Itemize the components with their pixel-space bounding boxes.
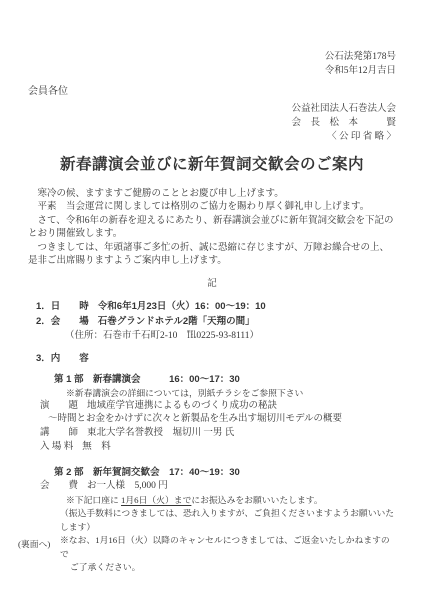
body-paragraph-4: つきましては、年頭諸事ご多忙の折、誠に恐縮に存じますが、万障お繰合せの上、是非ご…: [28, 242, 396, 269]
addressee: 会員各位: [28, 85, 396, 99]
fee-label: 会 費: [40, 481, 78, 491]
part1-heading: 第 1 部 新春講演会 16：00～17：30: [28, 372, 396, 387]
payment-note-post: にお振込みをお願いいたします。: [191, 495, 322, 505]
body-paragraph-2: 平素 当会運営に関しましては格別のご協力を賜わり厚く御礼申し上げます。: [28, 201, 396, 215]
venue-row: 2．会 場石巻グランドホテル2階「天翔の間」: [28, 314, 396, 329]
document-header: 公石法発第178号 令和5年12月吉日: [28, 50, 396, 78]
fee-row: 会 費お一人様 5,000 円: [28, 480, 396, 494]
body-paragraph-3: さて、令和6年の新春を迎えるにあたり、新春講演会並びに新年賀詞交歓会を下記のとお…: [28, 215, 396, 242]
fee-value: お一人様 5,000 円: [87, 481, 168, 491]
body-paragraph-1: 寒冷の候、ますますご健勝のこととお慶び申し上げます。: [28, 188, 396, 202]
lecture-row: 演 題地域産学官連携によるものづくり成功の秘訣: [28, 400, 396, 414]
page-title: 新春講演会並びに新年賀詞交歓会のご案内: [28, 155, 396, 175]
doc-number: 公石法発第178号: [28, 50, 396, 64]
contents-row: 3．内 容: [28, 351, 396, 366]
lecturer-label: 講 師: [40, 428, 78, 438]
admission-row: 入 場 料無 料: [28, 441, 396, 455]
lecture-value: 地域産学官連携によるものづくり成功の秘訣: [87, 401, 277, 411]
datetime-value: 令和6年1月23日（火）16：00～19：10: [98, 301, 266, 312]
venue-label: 2．会 場: [36, 316, 89, 327]
contents-label: 3．内 容: [36, 353, 89, 364]
body-paragraphs: 寒冷の候、ますますご健勝のこととお慶び申し上げます。 平素 当会運営に関しまして…: [28, 188, 396, 270]
document-page: 公石法発第178号 令和5年12月吉日 会員各位 公益社団法人石巻法人会 会 長…: [0, 0, 424, 600]
venue-value: 石巻グランドホテル2階「天翔の間」: [98, 316, 255, 327]
part2-heading: 第 2 部 新年賀詞交歓会 17：40～19：30: [28, 465, 396, 480]
transfer-fee-note: （振込手数料につきましては、恐れ入りますが、ご負担くださいますようお願いいたしま…: [28, 507, 396, 534]
sender-seal-note: 〈 公 印 省 略 〉: [28, 130, 396, 144]
datetime-row: 1．日 時令和6年1月23日（火）16：00～19：10: [28, 299, 396, 314]
part2-section: 第 2 部 新年賀詞交歓会 17：40～19：30 会 費お一人様 5,000 …: [28, 465, 396, 575]
payment-note-pre: ※下記口座に: [66, 495, 121, 505]
schedule-section: 1．日 時令和6年1月23日（火）16：00～19：10 2．会 場石巻グランド…: [28, 299, 396, 575]
lecturer-value: 東北大学名誉教授 堀切川 一男 氏: [87, 428, 234, 438]
cancel-note-line2: ご了承ください。: [28, 561, 396, 575]
lecturer-row: 講 師東北大学名誉教授 堀切川 一男 氏: [28, 427, 396, 441]
sender-org: 公益社団法人石巻法人会: [28, 102, 396, 116]
payment-note: ※下記口座に 1月6日（火）までにお振込みをお願いいたします。: [28, 494, 396, 508]
admission-label: 入 場 料: [40, 442, 73, 452]
lecture-subtitle: ～時間とお金をかけずに次々と新製品を生み出す堀切川モデルの概要: [28, 413, 396, 427]
issue-date: 令和5年12月吉日: [28, 64, 396, 78]
sender-chairman: 会 長 松 本 賢: [28, 116, 396, 130]
part1-note: ※新春講演会の詳細については，別紙チラシをご参照下さい: [28, 387, 396, 400]
record-marker: 記: [28, 278, 396, 292]
venue-address: （住所：石巻市千石町2-10 ℡0225-93-8111）: [28, 329, 396, 343]
payment-deadline: 1月6日（火）まで: [121, 495, 191, 505]
lecture-label: 演 題: [40, 401, 78, 411]
footer-note: (裏面へ): [18, 538, 50, 552]
cancel-note-line1: ※なお、1月16日（火）以降のキャンセルにつきましては、ご返金いたしかねますので: [28, 534, 396, 561]
sender-block: 公益社団法人石巻法人会 会 長 松 本 賢 〈 公 印 省 略 〉: [28, 102, 396, 144]
datetime-label: 1．日 時: [36, 301, 89, 312]
admission-value: 無 料: [82, 442, 111, 452]
